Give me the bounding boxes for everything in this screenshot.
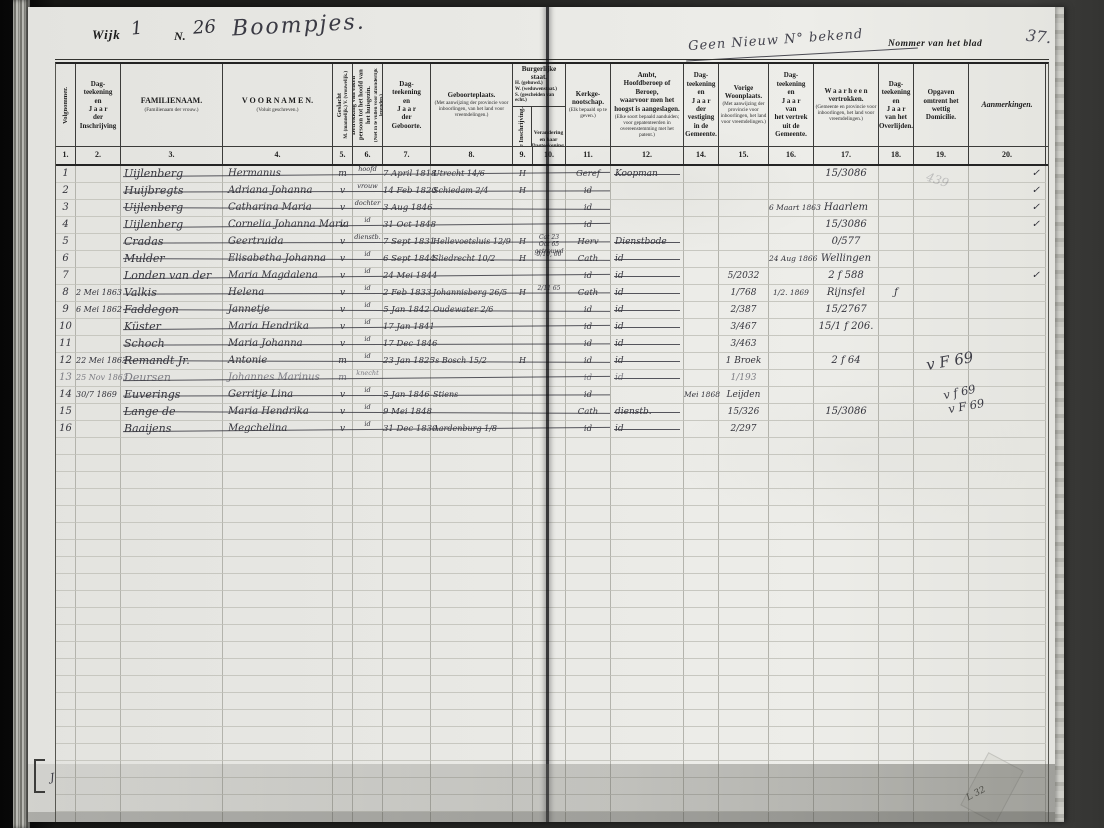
empty-register-row [56, 574, 1048, 591]
table-cell: H [513, 166, 533, 183]
table-cell: ✓ [969, 217, 1046, 234]
table-cell: 12 [56, 353, 76, 370]
table-cell: 6 Maart 1863 [769, 200, 814, 217]
table-cell: Mei 1868 [684, 387, 719, 404]
table-cell [533, 421, 566, 438]
table-cell [769, 370, 814, 387]
table-cell [769, 234, 814, 251]
table-cell: 10 [56, 319, 76, 336]
table-cell [769, 183, 814, 200]
table-cell [76, 268, 121, 285]
wijk-label: Wijk [92, 27, 121, 43]
table-cell [684, 336, 719, 353]
table-cell: Faddegon [121, 302, 223, 319]
strikethrough-line [614, 310, 680, 311]
table-cell: Rijnsfel [814, 285, 879, 302]
table-cell: 1 Broek [719, 353, 769, 370]
table-cell: id [566, 319, 611, 336]
table-cell [879, 302, 914, 319]
column-number-10: 10. [533, 147, 566, 164]
table-cell [879, 166, 914, 183]
table-cell: 2 f 588 [814, 268, 879, 285]
empty-register-row [56, 472, 1048, 489]
table-cell [684, 319, 719, 336]
population-register-table: Volgnommer.Dag-teekeningenJ a a rderInsc… [55, 62, 1049, 822]
register-row-12: 1222 Mei 1863Remandt Jr.Antoniemid23 Jan… [56, 353, 1048, 370]
register-row-10: 10KüsterMaria Hendrikavid17 Jan 1841idid… [56, 319, 1048, 336]
table-cell: Leijden [719, 387, 769, 404]
table-cell [769, 268, 814, 285]
strikethrough-line [614, 429, 680, 430]
margin-bracket-mark [34, 759, 45, 793]
table-cell: id [566, 268, 611, 285]
column-header-1: Volgnommer. [56, 64, 76, 146]
table-cell: 0/577 [814, 234, 879, 251]
column-header-7: Dag-teekeningenJ a a rderGeboorte. [383, 64, 431, 146]
table-cell: Lange de [121, 404, 223, 421]
empty-register-row [56, 489, 1048, 506]
table-cell: 1/2. 1869 [769, 285, 814, 302]
empty-register-row [56, 659, 1048, 676]
table-cell: 15/3086 [814, 217, 879, 234]
table-cell [533, 217, 566, 234]
table-cell: Utrecht 14/6 [431, 166, 513, 183]
column-number-12: 12. [611, 147, 684, 164]
table-cell: 1/193 [719, 370, 769, 387]
table-cell [879, 353, 914, 370]
table-cell [684, 285, 719, 302]
table-cell: Haarlem [814, 200, 879, 217]
column-number-1: 1. [56, 147, 76, 164]
column-header-5: GeslachtM. (mannelijk.) V. (vrouwelijk.) [333, 64, 353, 146]
table-cell: 14 [56, 387, 76, 404]
table-cell [76, 421, 121, 438]
table-cell: Geref [566, 166, 611, 183]
empty-register-row [56, 523, 1048, 540]
table-cell: 4 [56, 217, 76, 234]
register-page: Wijk 1 N. 26 Boompjes. Geen Nieuw N° bek… [28, 7, 1064, 822]
table-cell: 15/3086 [814, 404, 879, 421]
table-cell: id [566, 183, 611, 200]
empty-register-row [56, 795, 1048, 812]
empty-register-row [56, 710, 1048, 727]
table-cell [76, 183, 121, 200]
column-number-14: 14. [684, 147, 719, 164]
column-header-17: W a a r h e e nvertrokken.(Gemeente en p… [814, 64, 879, 146]
table-cell [769, 404, 814, 421]
empty-register-row [56, 778, 1048, 795]
table-cell [719, 200, 769, 217]
column-number-7: 7. [383, 147, 431, 164]
empty-register-row [56, 506, 1048, 523]
table-cell: 9 [56, 302, 76, 319]
table-cell: 2/297 [719, 421, 769, 438]
table-cell: ✓ [969, 268, 1046, 285]
table-cell [76, 251, 121, 268]
table-cell [684, 268, 719, 285]
table-cell [533, 166, 566, 183]
table-cell [533, 370, 566, 387]
table-cell [969, 370, 1046, 387]
table-cell [769, 166, 814, 183]
table-cell [969, 285, 1046, 302]
column-number-15: 15. [719, 147, 769, 164]
table-cell [914, 319, 969, 336]
table-cell [914, 217, 969, 234]
table-cell: Remandt Jr. [121, 353, 223, 370]
table-cell [879, 200, 914, 217]
register-row-15: 15Lange deMaria Hendrikavid9 Mei 1848Cat… [56, 404, 1048, 421]
column-header-11: Kerkge-nootschap.(Elk bepaald op te geve… [566, 64, 611, 146]
table-cell: Aardenburg 1/8 [431, 421, 513, 438]
column-header-3: FAMILIENAAM.(Familienaam der vrouw.) [121, 64, 223, 146]
table-cell [431, 370, 513, 387]
table-cell [814, 370, 879, 387]
table-cell [914, 251, 969, 268]
table-cell [76, 166, 121, 183]
table-cell: 2/387 [719, 302, 769, 319]
register-row-6: 6MulderElisabetha Johannavid6 Sept 1844S… [56, 251, 1048, 268]
table-cell [914, 285, 969, 302]
table-cell: Cath [566, 285, 611, 302]
table-cell: 15/2767 [814, 302, 879, 319]
table-cell [969, 421, 1046, 438]
table-cell [684, 251, 719, 268]
table-cell [879, 387, 914, 404]
table-cell [879, 421, 914, 438]
empty-register-row [56, 744, 1048, 761]
table-cell [969, 302, 1046, 319]
table-cell [611, 387, 684, 404]
table-cell [914, 234, 969, 251]
table-cell: ✓ [969, 183, 1046, 200]
strikethrough-line [614, 344, 680, 345]
strikethrough-line [614, 293, 680, 294]
column-number-row: 1.2.3.4.5.6.7.8.9.10.11.12.14.15.16.17.1… [56, 147, 1048, 166]
table-cell: 22 Mei 1863 [76, 353, 121, 370]
table-cell [513, 268, 533, 285]
table-cell [914, 302, 969, 319]
column-number-5: 5. [333, 147, 353, 164]
table-cell: 15 [56, 404, 76, 421]
empty-register-row [56, 761, 1048, 778]
table-cell [513, 370, 533, 387]
register-row-3: 3UijlenbergCatharina Mariavdochter3 Aug … [56, 200, 1048, 217]
empty-register-row [56, 642, 1048, 659]
column-header-4: V O O R N A M E N.(Voluit geschreven.) [223, 64, 333, 146]
table-cell: 3/463 [719, 336, 769, 353]
column-number-20: 20. [969, 147, 1046, 164]
table-cell [719, 183, 769, 200]
table-cell [814, 387, 879, 404]
column-number-18: 18. [879, 147, 914, 164]
table-cell: 5 [56, 234, 76, 251]
empty-register-row [56, 608, 1048, 625]
table-cell [76, 234, 121, 251]
register-row-9: 96 Mei 1862FaddegonJannetjevid5 Jan 1842… [56, 302, 1048, 319]
table-cell: 30/7 1869 [76, 387, 121, 404]
table-cell [684, 421, 719, 438]
table-cell [684, 302, 719, 319]
table-cell: 6 [56, 251, 76, 268]
empty-register-row [56, 625, 1048, 642]
house-number-label: N. [174, 29, 186, 44]
table-cell: id [566, 217, 611, 234]
table-cell [513, 217, 533, 234]
register-row-4: 4UijlenbergCornelia Johanna Mariavid31 O… [56, 217, 1048, 234]
table-cell [969, 234, 1046, 251]
table-cell [879, 336, 914, 353]
table-cell [719, 166, 769, 183]
table-cell [769, 319, 814, 336]
empty-register-row [56, 438, 1048, 455]
column-number-17: 17. [814, 147, 879, 164]
column-number-9: 9. [513, 147, 533, 164]
table-cell: id [566, 336, 611, 353]
table-cell [969, 336, 1046, 353]
strikethrough-line [614, 327, 680, 328]
empty-register-row [56, 676, 1048, 693]
empty-register-row [56, 727, 1048, 744]
table-cell: 2 [56, 183, 76, 200]
column-header-14: Dag-teekeningenJ a a rdervestigingin deG… [684, 64, 719, 146]
empty-register-row [56, 812, 1048, 822]
table-cell [76, 200, 121, 217]
table-cell: 15/3086 [814, 166, 879, 183]
table-cell [431, 217, 513, 234]
table-cell [684, 370, 719, 387]
table-cell [719, 234, 769, 251]
table-cell: 11 [56, 336, 76, 353]
register-row-11: 11SchochMaria Johannavid17 Dec 1846idid3… [56, 336, 1048, 353]
table-cell: 16 [56, 421, 76, 438]
column-number-3: 3. [121, 147, 223, 164]
table-cell [914, 268, 969, 285]
table-cell: ✓ [969, 166, 1046, 183]
table-cell: id [566, 387, 611, 404]
page-right-edge [1055, 7, 1064, 822]
table-cell [76, 404, 121, 421]
column-header-8: Geboorteplaats.(Met aanwijzing der provi… [431, 64, 513, 146]
table-cell: 15/326 [719, 404, 769, 421]
table-cell [684, 166, 719, 183]
column-header-18: Dag-teekeningenJ a a rvan hetOverlijden. [879, 64, 914, 146]
table-cell [76, 336, 121, 353]
table-cell: 3 [56, 200, 76, 217]
table-cell: 2 Mei 1863 [76, 285, 121, 302]
table-cell [879, 370, 914, 387]
table-cell [684, 200, 719, 217]
column-header-2: Dag-teekeningenJ a a rderInschrijving [76, 64, 121, 146]
column-header-12: Ambt,Hoofdberoep ofBeroep,waarvoor men h… [611, 64, 684, 146]
table-cell [684, 353, 719, 370]
register-row-16: 16BaaijensMegchelinavid31 Dec 1830Aarden… [56, 421, 1048, 438]
strikethrough-line [614, 174, 680, 175]
strikethrough-line [614, 242, 680, 243]
table-cell: Herv [566, 234, 611, 251]
strikethrough-line [614, 378, 680, 379]
table-cell [76, 319, 121, 336]
table-cell [76, 217, 121, 234]
table-cell [431, 268, 513, 285]
table-cell [719, 251, 769, 268]
column-header-6: Betrekking van elken persoon tot het hoo… [353, 64, 383, 146]
strikethrough-line [614, 361, 680, 362]
register-row-2: 2HuijbregtsAdriana Johannavvrouw14 Feb 1… [56, 183, 1048, 200]
table-cell [914, 200, 969, 217]
table-cell: 24 Aug 1866 [769, 251, 814, 268]
table-cell: 15/1 f 206. [814, 319, 879, 336]
table-cell: Wellingen [814, 251, 879, 268]
blad-number-label: Nommer van het blad [888, 39, 982, 49]
table-body: 1UijlenbergHermanusmhoofd7 April 1818Utr… [56, 166, 1048, 822]
table-cell [684, 217, 719, 234]
empty-register-row [56, 557, 1048, 574]
table-cell [533, 319, 566, 336]
table-cell [814, 183, 879, 200]
register-row-7: 7Londen van derMaria Magdalenavid24 Mei … [56, 268, 1048, 285]
table-cell [769, 217, 814, 234]
table-cell [533, 268, 566, 285]
column-number-16: 16. [769, 147, 814, 164]
column-header-16: Dag-teekeningenJ a a rvanhet vertrekuit … [769, 64, 814, 146]
table-cell [969, 319, 1046, 336]
table-cell: 1 [56, 166, 76, 183]
table-cell: 25 Nov 1863 [76, 370, 121, 387]
table-cell: Uijlenberg [121, 200, 223, 217]
table-cell [611, 183, 684, 200]
strikethrough-line [614, 259, 680, 260]
table-cell [769, 353, 814, 370]
table-cell: 2 f 64 [814, 353, 879, 370]
house-number-value: 26 [192, 16, 216, 39]
street-name: Boompjes. [231, 10, 366, 42]
photo-background: Wijk 1 N. 26 Boompjes. Geen Nieuw N° bek… [0, 0, 1104, 828]
table-cell [513, 319, 533, 336]
table-cell [814, 336, 879, 353]
register-row-1: 1UijlenbergHermanusmhoofd7 April 1818Utr… [56, 166, 1048, 183]
table-cell [914, 421, 969, 438]
table-cell [431, 319, 513, 336]
table-cell [879, 234, 914, 251]
column-header-15: VorigeWoonplaats.(Met aanwijzing der pro… [719, 64, 769, 146]
table-cell [769, 302, 814, 319]
table-cell [684, 183, 719, 200]
empty-register-row [56, 693, 1048, 710]
table-cell: Mulder [121, 251, 223, 268]
column-number-11: 11. [566, 147, 611, 164]
table-cell [879, 404, 914, 421]
table-cell [879, 268, 914, 285]
table-cell [879, 217, 914, 234]
table-cell [611, 217, 684, 234]
strikethrough-line [614, 276, 680, 277]
column-number-19: 19. [914, 147, 969, 164]
empty-register-row [56, 540, 1048, 557]
table-cell [719, 217, 769, 234]
table-cell: 1/768 [719, 285, 769, 302]
table-cell [611, 200, 684, 217]
table-cell: ✓ [969, 200, 1046, 217]
table-cell [769, 421, 814, 438]
column-number-4: 4. [223, 147, 333, 164]
column-header-19: Opgavenomtrent hetwettigDomicilie. [914, 64, 969, 146]
register-row-13: 1325 Nov 1863DeursenJohannes Marinusmkne… [56, 370, 1048, 387]
register-row-14: 1430/7 1869EuveringsGerritje Linavid5 Ja… [56, 387, 1048, 404]
table-cell: ƒ [879, 285, 914, 302]
table-cell: 3/467 [719, 319, 769, 336]
table-cell: 6 Mei 1862 [76, 302, 121, 319]
table-cell [513, 421, 533, 438]
column-number-2: 2. [76, 147, 121, 164]
column-number-6: 6. [353, 147, 383, 164]
table-cell [879, 319, 914, 336]
register-row-8: 82 Mei 1863ValkisHelenavid2 Feb 1833Joha… [56, 285, 1048, 302]
no-new-number-note: Geen Nieuw N° bekend [688, 27, 864, 54]
page-fold-shadow [546, 7, 549, 822]
table-cell: 13 [56, 370, 76, 387]
table-cell [769, 387, 814, 404]
table-cell [684, 234, 719, 251]
table-cell [969, 353, 1046, 370]
table-cell [969, 251, 1046, 268]
strikethrough-line [614, 412, 680, 413]
table-cell [769, 336, 814, 353]
column-header-20: Aanmerkingen. [969, 64, 1046, 146]
table-cell [684, 404, 719, 421]
table-header-row: Volgnommer.Dag-teekeningenJ a a rderInsc… [56, 64, 1048, 147]
table-cell: 5/2032 [719, 268, 769, 285]
empty-register-row [56, 591, 1048, 608]
blad-number-value: 37. [1025, 26, 1052, 48]
table-cell: 8 [56, 285, 76, 302]
register-row-5: 5CradasGeertruidavdienstb.7 Sept 1831Hel… [56, 234, 1048, 251]
table-cell [879, 183, 914, 200]
table-cell: 7 [56, 268, 76, 285]
table-cell [814, 421, 879, 438]
table-cell: id [566, 370, 611, 387]
wijk-number: 1 [130, 17, 144, 39]
table-cell [879, 251, 914, 268]
empty-register-row [56, 455, 1048, 472]
column-group-burgerlijke-staat: Burgerlijke staat.H. (gehuwd.)W. (weduwe… [513, 64, 566, 146]
column-number-8: 8. [431, 147, 513, 164]
table-cell: id [566, 421, 611, 438]
